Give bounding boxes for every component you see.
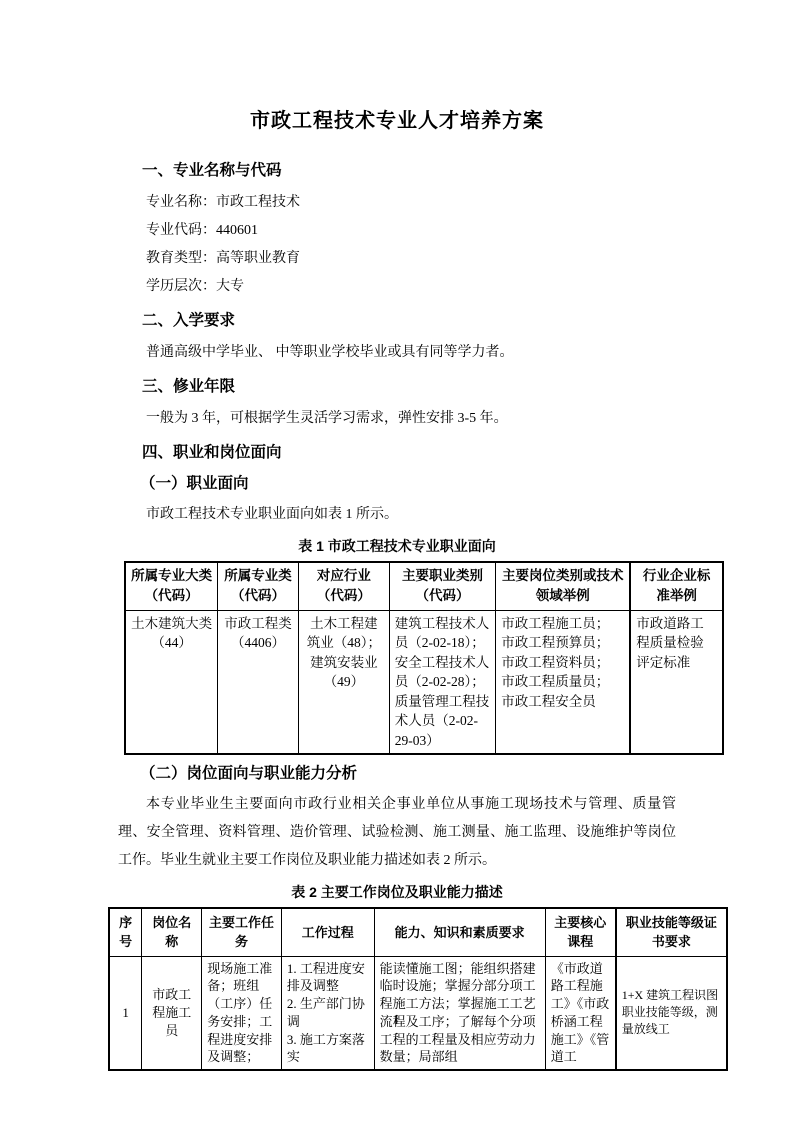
table1-header-row: 所属专业大类（代码） 所属专业类（代码） 对应行业（代码） 主要职业类别（代码）… [125, 562, 723, 610]
table2-header-work-process: 工作过程 [281, 908, 374, 956]
subsection-heading-4-2: （二）岗位面向与职业能力分析 [118, 762, 676, 786]
doc-title: 市政工程技术专业人才培养方案 [118, 104, 676, 133]
table1-cell-major-category: 土木建筑大类（44） [125, 610, 218, 754]
table1-header-standard-examples: 行业企业标准举例 [630, 562, 723, 610]
table-job-abilities: 序号 岗位名称 主要工作任务 工作过程 能力、知识和素质要求 主要核心课程 职业… [108, 907, 728, 1071]
document-content: 市政工程技术专业人才培养方案 一、专业名称与代码 专业名称：市政工程技术 专业代… [0, 0, 793, 1071]
table2-header-row: 序号 岗位名称 主要工作任务 工作过程 能力、知识和素质要求 主要核心课程 职业… [109, 908, 727, 956]
section-heading-4: 四、职业和岗位面向 [118, 441, 676, 465]
major-code-line: 专业代码：440601 [118, 217, 676, 245]
page-number: 1 [0, 1012, 793, 1028]
section-heading-2: 二、入学要求 [118, 309, 676, 333]
table2-header-ability-requirements: 能力、知识和素质要求 [374, 908, 545, 956]
table1-header-industry: 对应行业（代码） [298, 562, 389, 610]
education-type-line: 教育类型：高等职业教育 [118, 245, 676, 273]
table1-header-major-category: 所属专业大类（代码） [125, 562, 218, 610]
table-career-orientation: 所属专业大类（代码） 所属专业类（代码） 对应行业（代码） 主要职业类别（代码）… [124, 561, 724, 755]
section-heading-1: 一、专业名称与代码 [118, 159, 676, 183]
career-orientation-intro: 市政工程技术专业职业面向如表 1 所示。 [118, 501, 676, 529]
table1-header-major-class: 所属专业类（代码） [218, 562, 299, 610]
table1-caption: 表 1 市政工程技术专业职业面向 [118, 535, 676, 557]
table2-header-number: 序号 [109, 908, 142, 956]
table2-header-core-courses: 主要核心课程 [545, 908, 615, 956]
major-name-line: 专业名称：市政工程技术 [118, 189, 676, 217]
table1-cell-major-class: 市政工程类（4406） [218, 610, 299, 754]
table2-caption: 表 2 主要工作岗位及职业能力描述 [118, 881, 676, 903]
table1-cell-standard-examples: 市政道路工程质量检验评定标准 [630, 610, 723, 754]
admission-requirements-text: 普通高级中学毕业、 中等职业学校毕业或具有同等学力者。 [118, 339, 676, 367]
table1-cell-occupation-category: 建筑工程技术人员（2-02-18）；安全工程技术人员（2-02-28）；质量管理… [389, 610, 495, 754]
table2-header-certificate-requirements: 职业技能等级证书要求 [616, 908, 727, 956]
degree-level-line: 学历层次：大专 [118, 273, 676, 301]
job-ability-analysis-text: 本专业毕业生主要面向市政行业相关企事业单位从事施工现场技术与管理、质量管理、安全… [118, 791, 676, 875]
table2-header-main-tasks: 主要工作任务 [202, 908, 282, 956]
document-page: 市政工程技术专业人才培养方案 一、专业名称与代码 专业名称：市政工程技术 专业代… [0, 0, 793, 1122]
table1-cell-post-examples: 市政工程施工员； 市政工程预算员； 市政工程资料员； 市政工程质量员； 市政工程… [496, 610, 631, 754]
section-heading-3: 三、修业年限 [118, 375, 676, 399]
table1-data-row: 土木建筑大类（44） 市政工程类（4406） 土木工程建筑业（48）；建筑安装业… [125, 610, 723, 754]
table1-cell-industry: 土木工程建筑业（48）；建筑安装业（49） [298, 610, 389, 754]
subsection-heading-4-1: （一）职业面向 [118, 472, 676, 496]
study-duration-text: 一般为 3 年，可根据学生灵活学习需求，弹性安排 3-5 年。 [118, 405, 676, 433]
table2-header-post-name: 岗位名称 [142, 908, 202, 956]
table1-header-occupation-category: 主要职业类别（代码） [389, 562, 495, 610]
table1-header-post-examples: 主要岗位类别或技术领域举例 [496, 562, 631, 610]
